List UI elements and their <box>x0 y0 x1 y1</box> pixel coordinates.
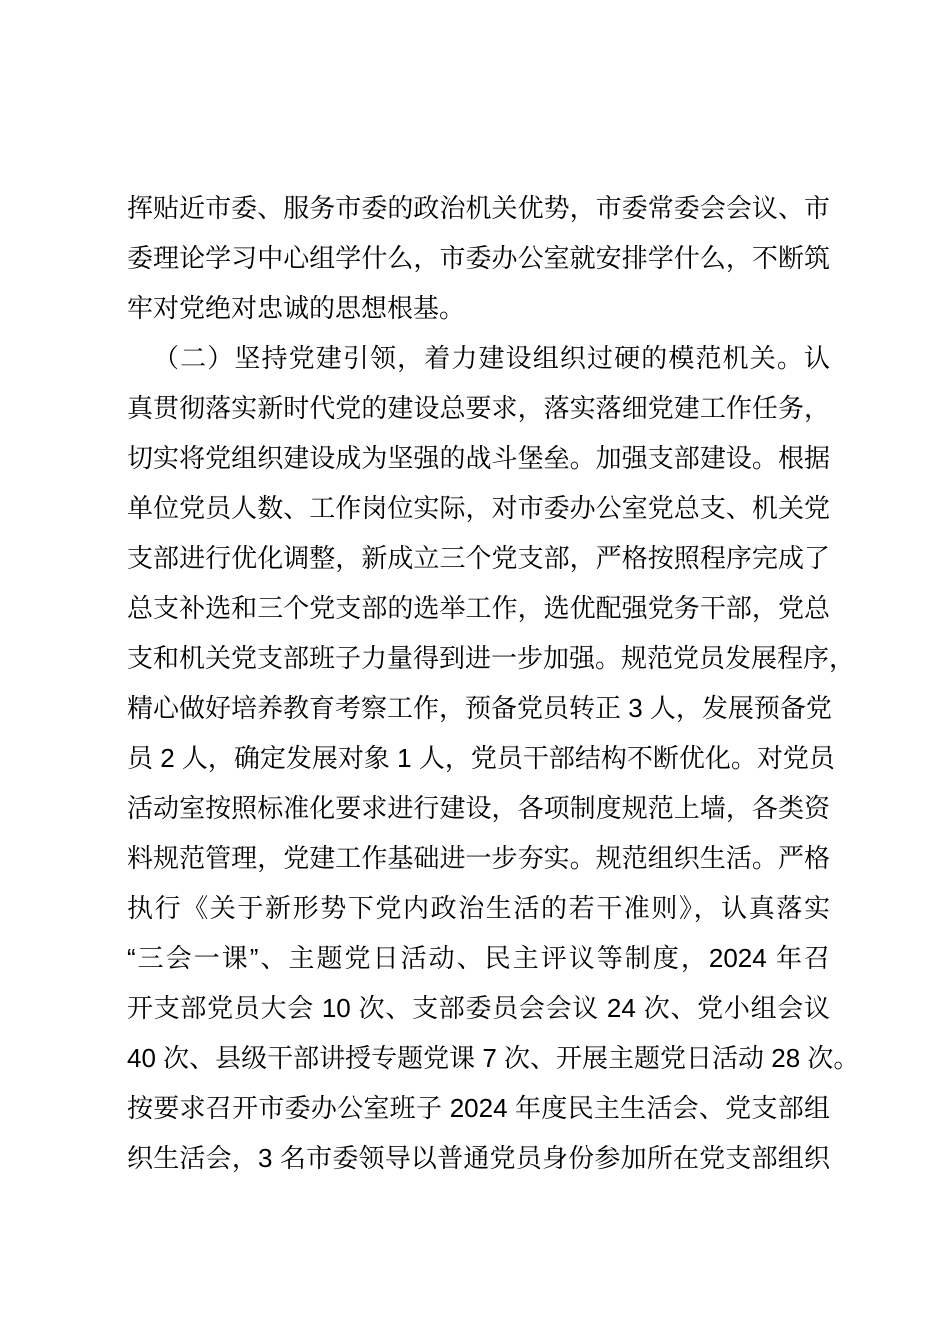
text-line: 委理论学习中心组学什么，市委办公室就安排学什么，不断筑 <box>127 233 830 283</box>
text-line: 织生活会，3 名市委领导以普通党员身份参加所在党支部组织 <box>127 1133 830 1183</box>
text-line: 开支部党员大会 10 次、支部委员会会议 24 次、党小组会议 <box>127 983 830 1033</box>
text-line: 总支补选和三个党支部的选举工作，选优配强党务干部，党总 <box>127 583 830 633</box>
text-line: 员 2 人，确定发展对象 1 人，党员干部结构不断优化。对党员 <box>127 733 830 783</box>
document-page: 挥贴近市委、服务市委的政治机关优势，市委常委会会议、市 委理论学习中心组学什么，… <box>0 0 950 1344</box>
text-line: 料规范管理，党建工作基础进一步夯实。规范组织生活。严格 <box>127 833 830 883</box>
text-line: 精心做好培养教育考察工作，预备党员转正 3 人，发展预备党 <box>127 683 830 733</box>
text-line: 挥贴近市委、服务市委的政治机关优势，市委常委会会议、市 <box>127 183 830 233</box>
text-line: （二）坚持党建引领，着力建设组织过硬的模范机关。认 <box>127 333 830 383</box>
text-line: 执行《关于新形势下党内政治生活的若干准则》，认真落实 <box>127 883 830 933</box>
text-line: 40 次、县级干部讲授专题党课 7 次、开展主题党日活动 28 次。 <box>127 1033 830 1083</box>
text-line: 牢对党绝对忠诚的思想根基。 <box>127 283 830 333</box>
text-line: 活动室按照标准化要求进行建设，各项制度规范上墙，各类资 <box>127 783 830 833</box>
text-line: 按要求召开市委办公室班子 2024 年度民主生活会、党支部组 <box>127 1083 830 1133</box>
text-line: “三会一课”、主题党日活动、民主评议等制度，2024 年召 <box>127 933 830 983</box>
text-line: 支部进行优化调整，新成立三个党支部，严格按照程序完成了 <box>127 533 830 583</box>
text-line: 单位党员人数、工作岗位实际，对市委办公室党总支、机关党 <box>127 483 830 533</box>
text-line: 真贯彻落实新时代党的建设总要求，落实落细党建工作任务， <box>127 383 830 433</box>
text-line: 切实将党组织建设成为坚强的战斗堡垒。加强支部建设。根据 <box>127 433 830 483</box>
text-line: 支和机关党支部班子力量得到进一步加强。规范党员发展程序， <box>127 633 830 683</box>
text-block: 挥贴近市委、服务市委的政治机关优势，市委常委会会议、市 委理论学习中心组学什么，… <box>127 183 830 1183</box>
